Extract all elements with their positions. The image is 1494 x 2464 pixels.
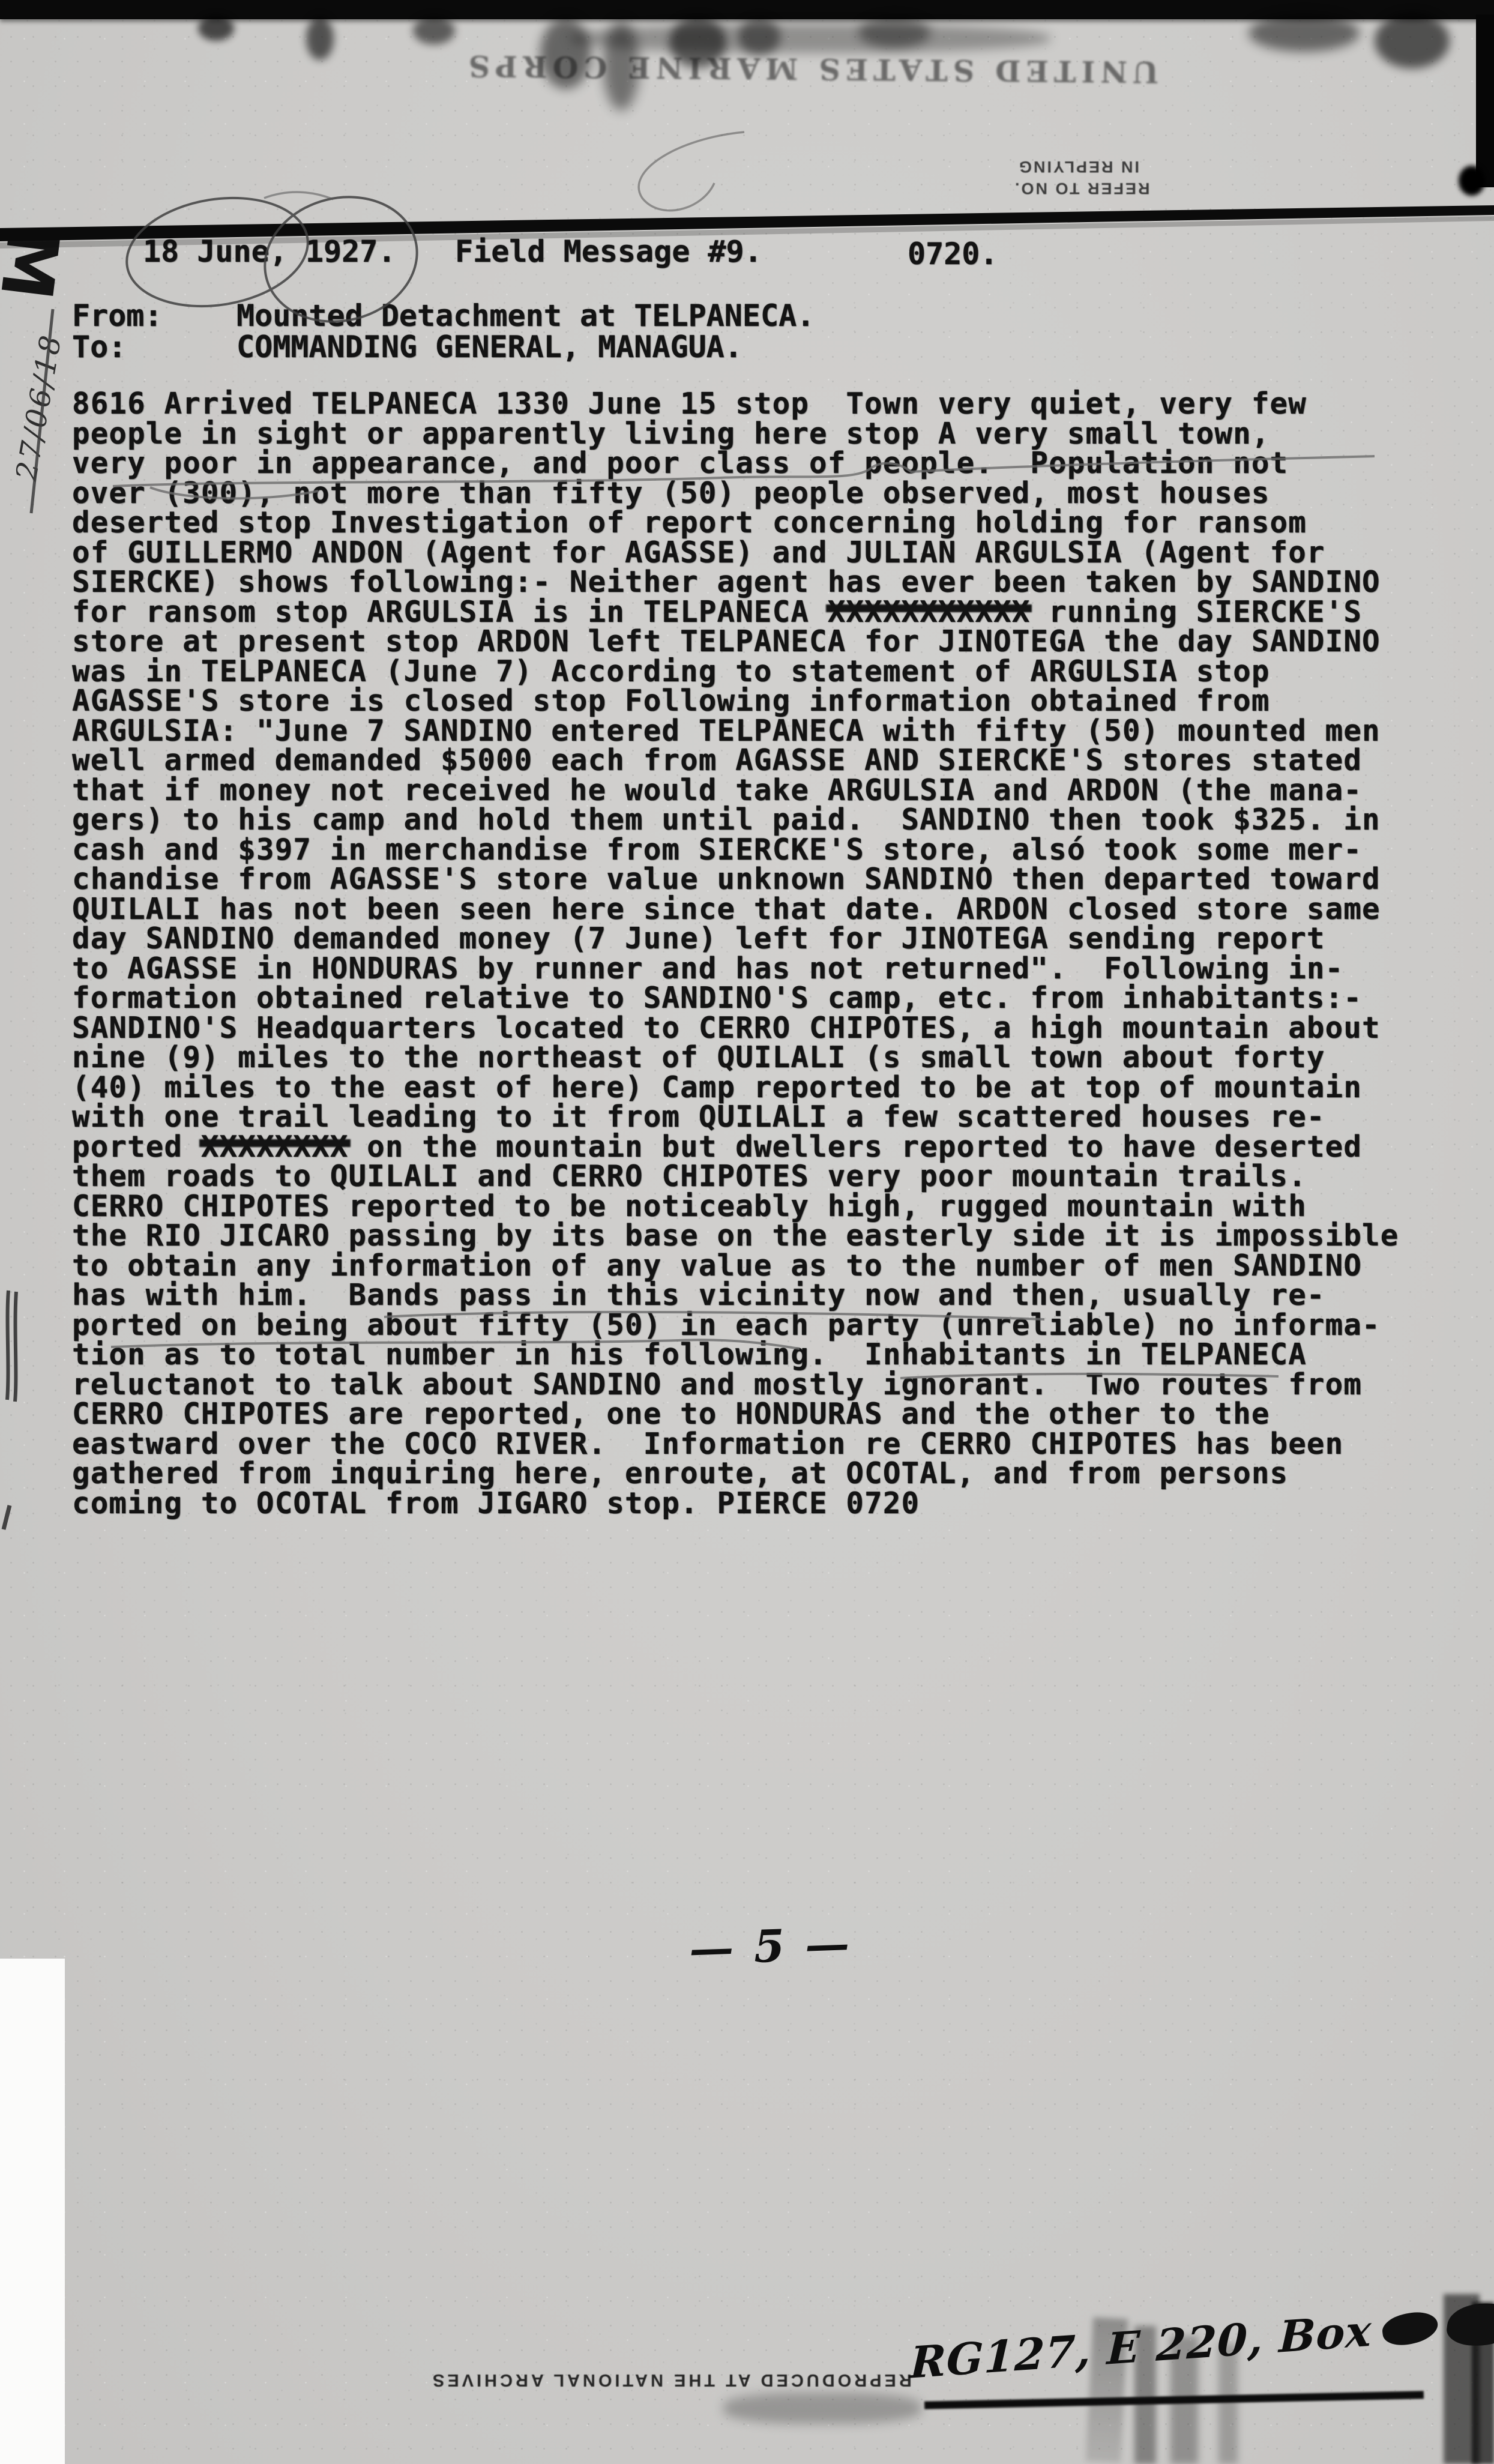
body-line: ARGULSIA: "June 7 SANDINO entered TELPAN…	[72, 716, 1399, 746]
body-line: gathered from inquiring here, enroute, a…	[72, 1459, 1399, 1489]
document-page: UNITED STATES MARINE CORPS IN REPLYING R…	[0, 0, 1494, 2464]
body-line: people in sight or apparently living her…	[72, 419, 1399, 449]
body-line: for ransom stop ARGULSIA is in TELPANECA…	[72, 597, 1399, 627]
body-line: (40) miles to the east of here) Camp rep…	[72, 1073, 1399, 1103]
scan-white-edge	[0, 1959, 65, 2464]
ink-blot	[413, 17, 455, 44]
citation-underline	[924, 2391, 1424, 2409]
body-line: tion as to total number in his following…	[72, 1340, 1399, 1370]
scan-right-edge	[1476, 14, 1494, 187]
body-line: reluctanot to talk about SANDINO and mos…	[72, 1370, 1399, 1400]
body-line: to obtain any information of any value a…	[72, 1251, 1399, 1281]
margin-date-note: 27/06/18	[6, 310, 73, 505]
national-archives-stamp: REPRODUCED AT THE NATIONAL ARCHIVES	[430, 2370, 912, 2390]
from-value: Mounted Detachment at TELPANECA.	[236, 298, 815, 333]
body-line: 8616 Arrived TELPANECA 1330 June 15 stop…	[72, 389, 1399, 419]
body-line: SIERCKE) shows following:- Neither agent…	[72, 567, 1399, 597]
struck-text: XXXXXXXXXXX	[828, 595, 1031, 629]
margin-tick	[4, 1505, 10, 1529]
margin-check-mark: M	[0, 224, 75, 300]
body-line: eastward over the COCO RIVER. Informatio…	[72, 1429, 1399, 1459]
pen-flourish	[264, 132, 744, 211]
ink-smudge	[723, 2393, 921, 2424]
body-line: deserted stop Investigation of report co…	[72, 508, 1399, 538]
citation-scribble	[1381, 2307, 1439, 2350]
body-line: SANDINO'S Headquarters located to CERRO …	[72, 1013, 1399, 1043]
body-line: of GUILLERMO ANDON (Agent for AGASSE) an…	[72, 538, 1399, 568]
body-line: formation obtained relative to SANDINO'S…	[72, 983, 1399, 1013]
archival-citation: RG127, E 220, Box7	[909, 2292, 1494, 2389]
body-line: ported on being about fifty (50) in each…	[72, 1310, 1399, 1340]
body-line: with one trail leading to it from QUILAL…	[72, 1102, 1399, 1132]
body-line: gers) to his camp and hold them until pa…	[72, 805, 1399, 835]
body-line: QUILALI has not been seen here since tha…	[72, 894, 1399, 924]
struck-text: XXXXXXXX	[201, 1130, 349, 1164]
body-line: over (300), not more than fifty (50) peo…	[72, 478, 1399, 508]
to-label: To:	[72, 330, 126, 364]
refer-to-no-stamp: REFER TO NO.	[1013, 179, 1150, 197]
body-line: CERRO CHIPOTES reported to be noticeably…	[72, 1191, 1399, 1221]
ink-blot	[198, 16, 234, 41]
in-replying-stamp: IN REPLYING	[1017, 157, 1139, 176]
from-label: From:	[72, 298, 163, 333]
page-number: — 5 —	[688, 1918, 853, 1975]
body-line: chandise from AGASSE'S store value unkno…	[72, 864, 1399, 894]
margin-double-line	[7, 1291, 16, 1402]
body-line: day SANDINO demanded money (7 June) left…	[72, 924, 1399, 954]
body-line: that if money not received he would take…	[72, 776, 1399, 806]
body-line: ported XXXXXXXX on the mountain but dwel…	[72, 1132, 1399, 1162]
ink-blot	[1249, 14, 1360, 52]
body-line: AGASSE'S store is closed stop Following …	[72, 686, 1399, 716]
letterhead-usmc-flipped: UNITED STATES MARINE CORPS	[474, 49, 1158, 89]
citation-prefix: RG127, E 220, Box	[909, 2304, 1373, 2388]
ink-blot	[306, 17, 334, 60]
body-line: very poor in appearance, and poor class …	[72, 448, 1399, 478]
letterhead-smudge	[570, 24, 1050, 53]
body-lines: 8616 Arrived TELPANECA 1330 June 15 stop…	[72, 389, 1399, 1518]
body-line: nine (9) miles to the northeast of QUILA…	[72, 1043, 1399, 1073]
citation-scribble	[1445, 2302, 1494, 2347]
to-value: COMMANDING GENERAL, MANAGUA.	[236, 330, 742, 364]
body-line: to AGASSE in HONDURAS by runner and has …	[72, 954, 1399, 984]
body-line: cash and $397 in merchandise from SIERCK…	[72, 835, 1399, 865]
body-line: was in TELPANECA (June 7) According to s…	[72, 657, 1399, 687]
body-line: coming to OCOTAL from JIGARO stop. PIERC…	[72, 1489, 1399, 1519]
body-line: the RIO JICARO passing by its base on th…	[72, 1221, 1399, 1251]
body-line: store at present stop ARDON left TELPANE…	[72, 627, 1399, 657]
ink-blot	[1375, 13, 1450, 68]
body-line: has with him. Bands pass in this vicinit…	[72, 1280, 1399, 1310]
body-line: CERRO CHIPOTES are reported, one to HOND…	[72, 1399, 1399, 1429]
message-title: Field Message #9.	[455, 234, 762, 269]
scan-top-band	[0, 0, 1494, 19]
body-line: them roads to QUILALI and CERRO CHIPOTES…	[72, 1161, 1399, 1191]
message-date: 18 June, 1927.	[143, 234, 396, 269]
message-number: 0720.	[908, 236, 998, 271]
body-line: well armed demanded $5000 each from AGAS…	[72, 746, 1399, 776]
